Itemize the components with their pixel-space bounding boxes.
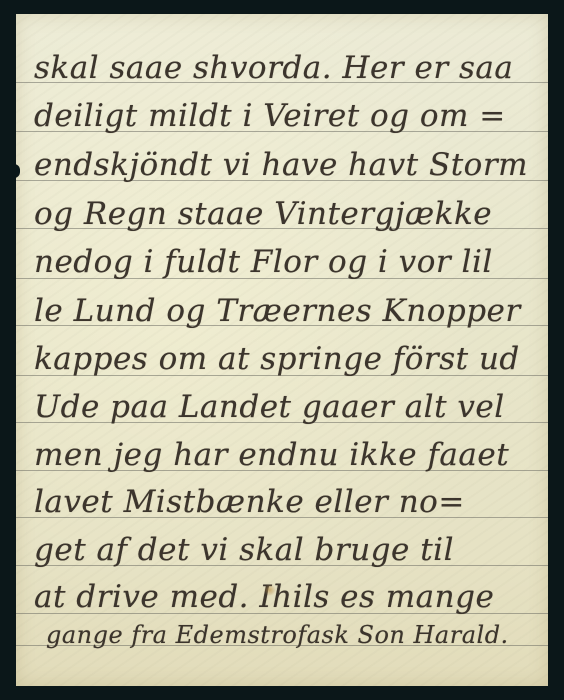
handwritten-line: le Lund og Træernes Knopper (34, 291, 546, 331)
handwritten-line: endskjöndt vi have havt Storm (34, 145, 546, 185)
signature-line: gange fra Edemstrofask Son Harald. (46, 615, 548, 655)
handwritten-line: Ude paa Landet gaaer alt vel (34, 387, 546, 427)
handwritten-line: og Regn staae Vintergjække (34, 194, 546, 234)
document-viewer: skal saae shvorda. Her er saa deiligt mi… (0, 0, 564, 700)
handwritten-line: skal saae shvorda. Her er saa (34, 48, 546, 88)
handwritten-line: nedog i fuldt Flor og i vor lil (34, 242, 546, 282)
handwritten-line: lavet Mistbænke eller no= (34, 482, 546, 522)
handwritten-line: at drive med. Ihils es mange (34, 577, 546, 617)
letter-page: skal saae shvorda. Her er saa deiligt mi… (16, 14, 548, 686)
ink-stain (264, 584, 276, 596)
handwritten-line: kappes om at springe först ud (34, 339, 546, 379)
handwritten-line: men jeg har endnu ikke faaet (34, 435, 546, 475)
handwritten-line: get af det vi skal bruge til (34, 530, 546, 570)
handwritten-line: deiligt mildt i Veiret og om = (34, 96, 546, 136)
